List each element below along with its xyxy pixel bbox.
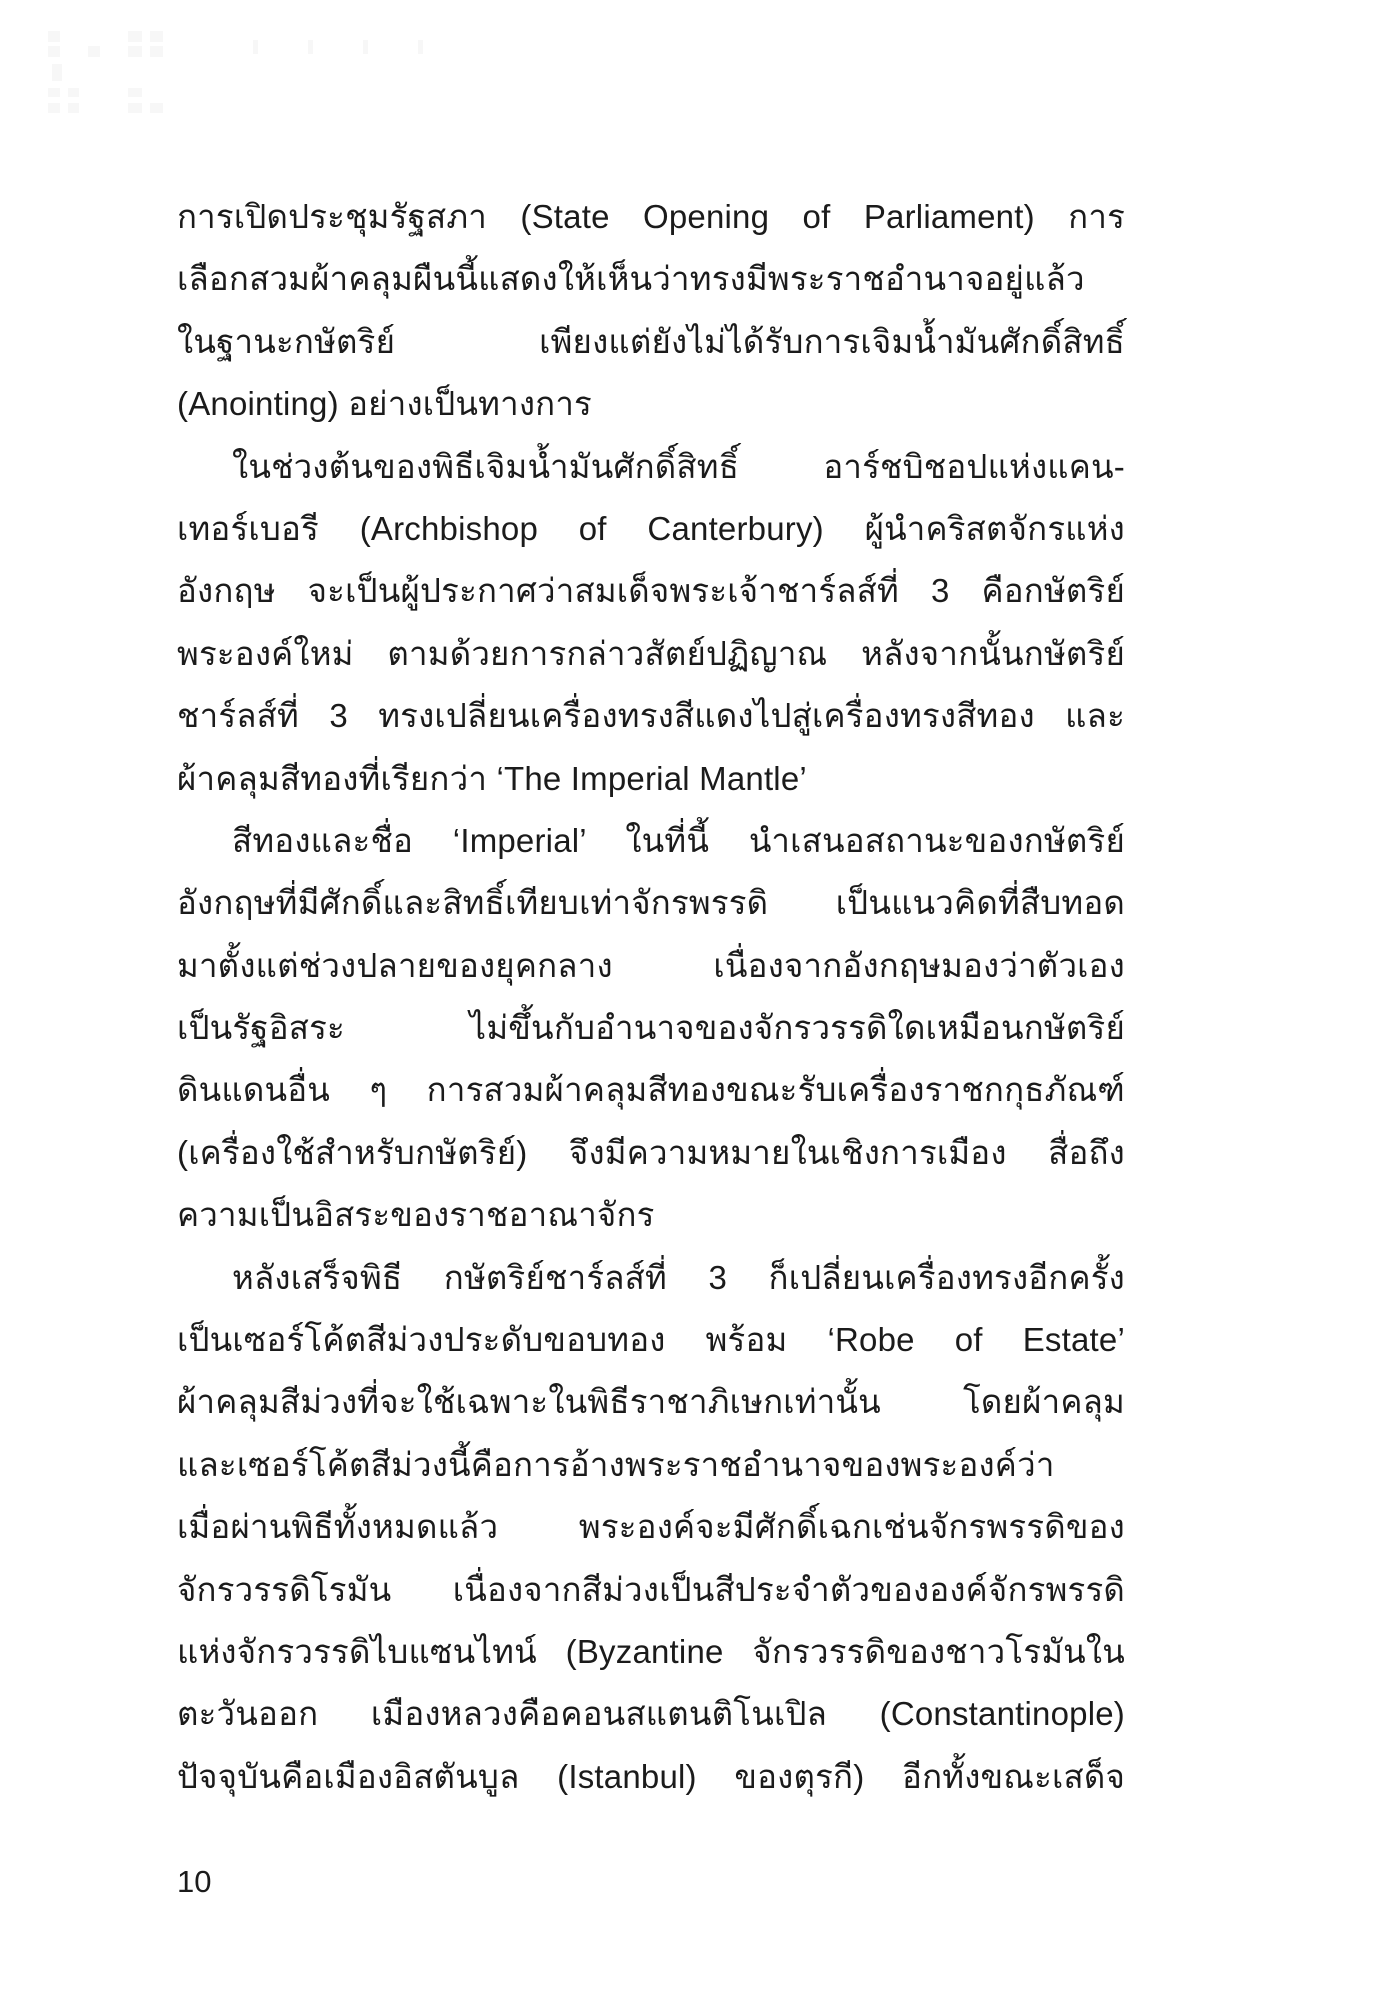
text-line: เมื่อผ่านพิธีทั้งหมดแล้ว พระองค์จะมีศักด… (177, 1496, 1125, 1558)
scan-artifact (52, 64, 62, 81)
scan-artifact (128, 46, 142, 57)
scan-artifact (68, 88, 79, 97)
text-line: พระองค์ใหม่ ตามด้วยการกล่าวสัตย์ปฏิญาณ ห… (177, 623, 1125, 685)
text-line: จักรวรรดิโรมัน เนื่องจากสีม่วงเป็นสีประจ… (177, 1559, 1125, 1621)
text-line: อังกฤษ จะเป็นผู้ประกาศว่าสมเด็จพระเจ้าชา… (177, 560, 1125, 622)
text-line: เป็นเซอร์โค้ตสีม่วงประดับขอบทอง พร้อม ‘R… (177, 1309, 1125, 1371)
text-line: หลังเสร็จพิธี กษัตริย์ชาร์ลส์ที่ 3 ก็เปล… (177, 1247, 1125, 1309)
scan-artifact (128, 88, 142, 97)
scan-artifact (48, 88, 60, 97)
text-line: แห่งจักรวรรดิไบแซนไทน์ (Byzantine จักรวร… (177, 1621, 1125, 1683)
text-line: ผ้าคลุมสีม่วงที่จะใช้เฉพาะในพิธีราชาภิเษ… (177, 1371, 1125, 1433)
body-text: การเปิดประชุมรัฐสภา (State Opening of Pa… (177, 186, 1125, 1808)
scan-artifact (150, 103, 163, 113)
text-line: อังกฤษที่มีศักดิ์และสิทธิ์เทียบเท่าจักรพ… (177, 872, 1125, 934)
scan-artifact (150, 46, 163, 57)
text-line: ความเป็นอิสระของราชอาณาจักร (177, 1184, 1125, 1246)
text-line: (เครื่องใช้สำหรับกษัตริย์) จึงมีความหมาย… (177, 1122, 1125, 1184)
text-line: ตะวันออก เมืองหลวงคือคอนสแตนติโนเปิล (Co… (177, 1683, 1125, 1745)
scan-artifact (253, 40, 258, 54)
text-line: ในช่วงต้นของพิธีเจิมน้ำมันศักดิ์สิทธิ์ อ… (177, 436, 1125, 498)
page-number: 10 (177, 1866, 211, 1898)
book-page: การเปิดประชุมรัฐสภา (State Opening of Pa… (0, 0, 1400, 2016)
text-line: การเปิดประชุมรัฐสภา (State Opening of Pa… (177, 186, 1125, 248)
scan-artifact (418, 40, 423, 54)
text-line: เลือกสวมผ้าคลุมผืนนี้แสดงให้เห็นว่าทรงมี… (177, 248, 1125, 310)
text-line: ปัจจุบันคือเมืองอิสตันบูล (Istanbul) ของ… (177, 1746, 1125, 1808)
text-line: มาตั้งแต่ช่วงปลายของยุคกลาง เนื่องจากอัง… (177, 935, 1125, 997)
scan-artifact (128, 103, 142, 113)
scan-artifact (363, 40, 368, 54)
text-line: และเซอร์โค้ตสีม่วงนี้คือการอ้างพระราชอำน… (177, 1434, 1125, 1496)
text-line: ดินแดนอื่น ๆ การสวมผ้าคลุมสีทองขณะรับเคร… (177, 1059, 1125, 1121)
scan-artifact (48, 46, 60, 57)
text-line: ในฐานะกษัตริย์ เพียงแต่ยังไม่ได้รับการเจ… (177, 311, 1125, 373)
scan-artifact (88, 46, 100, 57)
scan-artifact (48, 31, 60, 42)
text-line: เทอร์เบอรี (Archbishop of Canterbury) ผู… (177, 498, 1125, 560)
scan-artifact (150, 31, 163, 42)
text-line: ผ้าคลุมสีทองที่เรียกว่า ‘The Imperial Ma… (177, 748, 1125, 810)
text-line: เป็นรัฐอิสระ ไม่ขึ้นกับอำนาจของจักรวรรดิ… (177, 997, 1125, 1059)
scan-artifact (308, 40, 313, 54)
text-line: ชาร์ลส์ที่ 3 ทรงเปลี่ยนเครื่องทรงสีแดงไป… (177, 685, 1125, 747)
scan-artifact (48, 103, 60, 113)
text-line: สีทองและชื่อ ‘Imperial’ ในที่นี้ นำเสนอส… (177, 810, 1125, 872)
scan-artifact (128, 31, 142, 42)
text-line: (Anointing) อย่างเป็นทางการ (177, 373, 1125, 435)
scan-artifact (68, 103, 79, 113)
